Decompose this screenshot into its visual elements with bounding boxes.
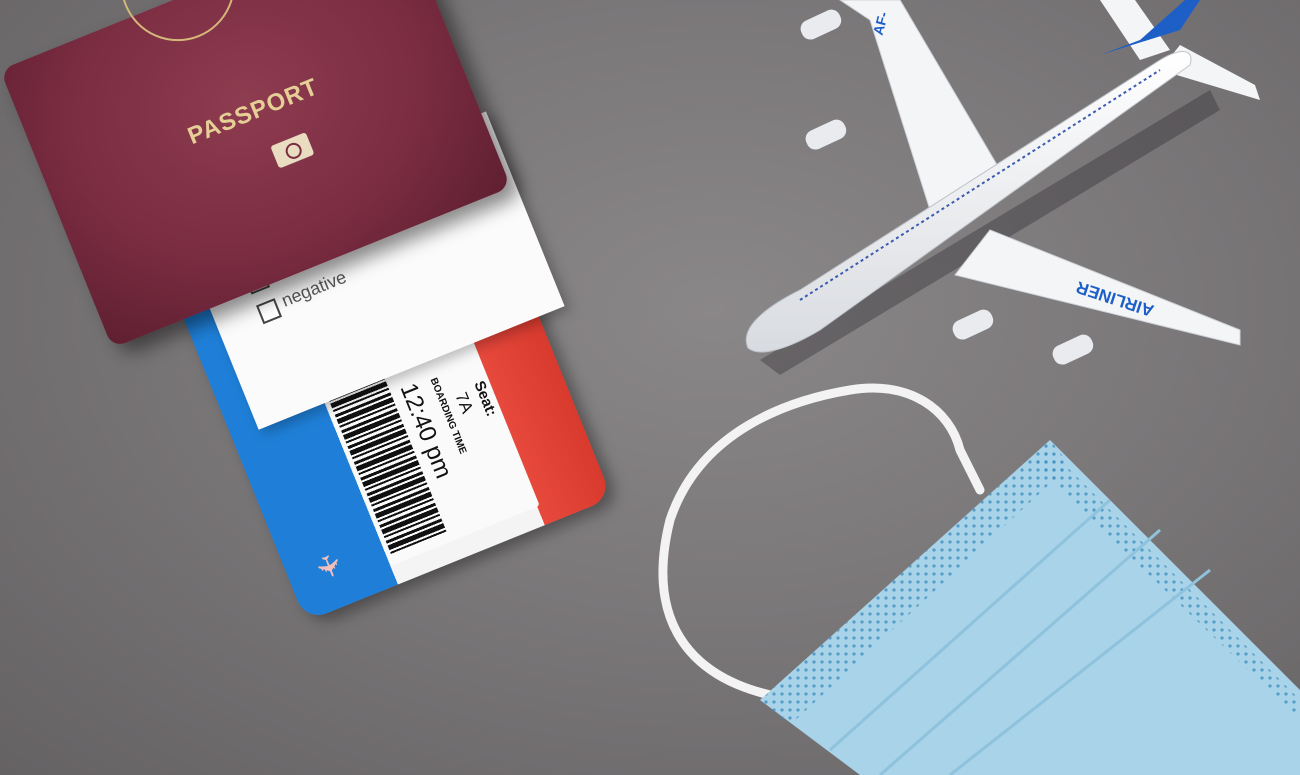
face-mask	[650, 370, 1300, 775]
model-airplane: AIRLINER AF-	[740, 0, 1270, 380]
passport-emblem	[104, 0, 252, 58]
negative-checkbox	[256, 298, 282, 324]
photo-scene: Date: 9/2021 GATE H08 Seat: 7A BOARDING …	[0, 0, 1300, 775]
biometric-chip-icon	[270, 132, 314, 168]
airplane-icon: ✈	[307, 549, 349, 585]
